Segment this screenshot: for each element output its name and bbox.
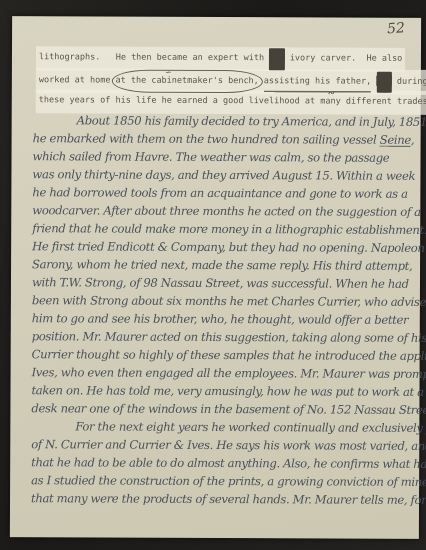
typed-line-band: lithographs. He then became an expert wi…: [36, 46, 405, 71]
blacked-out-word: ███=: [376, 71, 391, 93]
manuscript-text: taken on. He has told me, very amusingly…: [31, 383, 423, 399]
manuscript-text: with T.W. Strong, of 98 Nassau Street, w…: [32, 275, 409, 291]
manuscript-line: was only thirty-nine days, and they arri…: [32, 165, 404, 185]
manuscript-line: Sarony, whom he tried next, made the sam…: [32, 255, 404, 275]
manuscript-text: Ives, who even then engaged all the empl…: [32, 365, 426, 381]
manuscript-line: For the next eight years he worked conti…: [31, 417, 403, 437]
typed-text: ivory carver. He also: [285, 48, 403, 70]
manuscript-text: position. Mr. Maurer acted on this sugge…: [32, 329, 426, 345]
handwritten-insertion-mark: ∽: [165, 61, 171, 83]
manuscript-line: been with Strong about six months he met…: [32, 291, 404, 311]
manuscript-text: woodcarver. After about three months he …: [32, 203, 420, 219]
manuscript-line: He first tried Endicott & Company, but t…: [32, 237, 404, 257]
handwritten-text: About 1850 his family decided to try Ame…: [31, 111, 405, 509]
manuscript-line: him to go and see his brother, who, he t…: [32, 309, 404, 329]
pen-circled-phrase: at the cabinetmaker's bench,∽: [111, 69, 262, 93]
typed-line: worked at homeat the cabinetmaker's benc…: [36, 68, 426, 91]
manuscript-line: taken on. He has told me, very amusingly…: [31, 381, 403, 401]
manuscript-text: He first tried Endicott & Company, but t…: [32, 239, 424, 255]
manuscript-text: as I studied the construction of the pri…: [31, 473, 426, 489]
manuscript-line: Ives, who even then engaged all the empl…: [32, 363, 404, 383]
manuscript-line: Currier thought so highly of these sampl…: [32, 345, 404, 365]
manuscript-text: About 1850 his family decided to try Ame…: [77, 113, 426, 129]
manuscript-line: position. Mr. Maurer acted on this sugge…: [32, 327, 404, 347]
manuscript-text: that many were the products of several h…: [31, 491, 426, 507]
manuscript-line: desk near one of the windows in the base…: [31, 399, 403, 419]
manuscript-text: ,: [411, 133, 414, 147]
manuscript-line: as I studied the construction of the pri…: [31, 471, 403, 491]
typed-text: worked at home: [39, 70, 111, 92]
manuscript-line: friend that he could make more money in …: [32, 219, 404, 239]
manuscript-text: For the next eight years he worked conti…: [75, 419, 426, 435]
manuscript-text: which sailed from Havre. The weather was…: [32, 149, 389, 165]
manuscript-paragraph: About 1850 his family decided to try Ame…: [31, 111, 404, 419]
manuscript-text: he embarked with them on the two hundred…: [33, 131, 380, 147]
manuscript-paragraph: For the next eight years he worked conti…: [31, 417, 403, 509]
typed-text: during: [392, 71, 426, 93]
typed-paragraph: lithographs. He then became an expert wi…: [36, 46, 426, 112]
underlined-word: Seine: [380, 133, 411, 147]
manuscript-page: 52 lithographs. He then became an expert…: [10, 16, 421, 539]
handwritten-insertion-mark: ∾: [327, 82, 333, 104]
manuscript-text: friend that he could make more money in …: [32, 221, 426, 237]
typed-text: lithographs. He then became an expert wi…: [39, 47, 269, 70]
typed-line: lithographs. He then became an expert wi…: [36, 46, 426, 69]
manuscript-line: of N. Currier and Currier & Ives. He say…: [31, 435, 403, 455]
manuscript-line: woodcarver. After about three months he …: [32, 201, 404, 221]
manuscript-text: of N. Currier and Currier & Ives. He say…: [31, 437, 426, 453]
manuscript-text: that he had to be able to do almost anyt…: [31, 455, 426, 471]
typed-text: [371, 71, 376, 93]
manuscript-line: with T.W. Strong, of 98 Nassau Street, w…: [32, 273, 404, 293]
pen-underlined-phrase: assisting his father,: [264, 71, 372, 93]
page-number: 52: [387, 20, 406, 37]
manuscript-text: him to go and see his brother, who, he t…: [32, 311, 408, 327]
typed-text: these years of his life he earned a good…: [39, 90, 321, 113]
manuscript-line: he had borrowed tools from an acquaintan…: [32, 183, 404, 203]
manuscript-line: which sailed from Havre. The weather was…: [32, 147, 404, 167]
typed-text: different trades,: [341, 92, 426, 114]
manuscript-text: desk near one of the windows in the base…: [31, 401, 426, 417]
manuscript-line: he embarked with them on the two hundred…: [33, 129, 405, 149]
typed-text: many∾: [320, 91, 341, 113]
blacked-out-word: ███: [269, 48, 284, 70]
manuscript-text: been with Strong about six months he met…: [32, 293, 426, 309]
manuscript-text: Sarony, whom he tried next, made the sam…: [32, 257, 412, 273]
manuscript-line: About 1850 his family decided to try Ame…: [33, 111, 405, 131]
manuscript-text: he had borrowed tools from an acquaintan…: [32, 185, 407, 201]
manuscript-text: Currier thought so highly of these sampl…: [32, 347, 426, 363]
manuscript-text: was only thirty-nine days, and they arri…: [32, 167, 415, 183]
manuscript-line: that he had to be able to do almost anyt…: [31, 453, 403, 473]
typed-line: these years of his life he earned a good…: [36, 89, 426, 112]
manuscript-line: that many were the products of several h…: [31, 489, 403, 509]
